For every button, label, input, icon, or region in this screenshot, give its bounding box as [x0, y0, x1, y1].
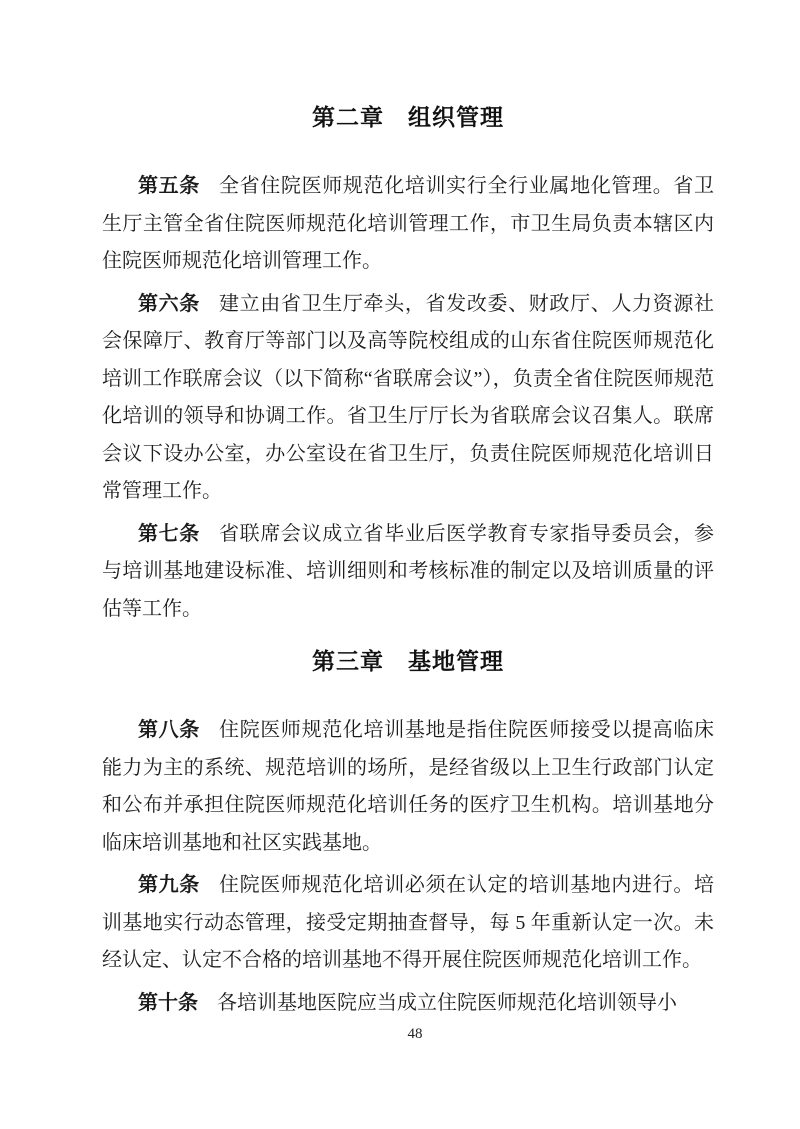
article-10-text: 各培训基地医院应当成立住院医师规范化培训领导小 — [217, 992, 677, 1014]
article-6-number: 第六条 — [138, 293, 200, 315]
article-7: 第七条省联席会议成立省毕业后医学教育专家指导委员会，参与培训基地建设标准、培训细… — [102, 516, 714, 629]
page-number: 48 — [0, 1026, 800, 1043]
document-page: 第二章 组织管理 第五条全省住院医师规范化培训实行全行业属地化管理。省卫生厅主管… — [0, 0, 800, 1129]
article-8: 第八条住院医师规范化培训基地是指住院医师接受以提高临床能力为主的系统、规范培训的… — [102, 712, 714, 862]
article-9: 第九条住院医师规范化培训必须在认定的培训基地内进行。培训基地实行动态管理，接受定… — [102, 867, 714, 980]
article-10: 第十条各培训基地医院应当成立住院医师规范化培训领导小 — [102, 985, 714, 1023]
article-10-number: 第十条 — [138, 992, 198, 1014]
document-content: 第二章 组织管理 第五条全省住院医师规范化培训实行全行业属地化管理。省卫生厅主管… — [0, 100, 800, 1022]
article-9-number: 第九条 — [138, 874, 200, 896]
article-7-number: 第七条 — [138, 523, 200, 545]
chapter-3-title: 第三章 基地管理 — [102, 644, 714, 678]
article-6-text: 建立由省卫生厅牵头，省发改委、财政厅、人力资源社会保障厅、教育厅等部门以及高等院… — [102, 293, 714, 503]
article-5-number: 第五条 — [138, 175, 200, 197]
article-5: 第五条全省住院医师规范化培训实行全行业属地化管理。省卫生厅主管全省住院医师规范化… — [102, 168, 714, 281]
article-6: 第六条建立由省卫生厅牵头，省发改委、财政厅、人力资源社会保障厅、教育厅等部门以及… — [102, 286, 714, 511]
article-8-number: 第八条 — [138, 719, 200, 741]
chapter-2-title: 第二章 组织管理 — [102, 100, 714, 134]
